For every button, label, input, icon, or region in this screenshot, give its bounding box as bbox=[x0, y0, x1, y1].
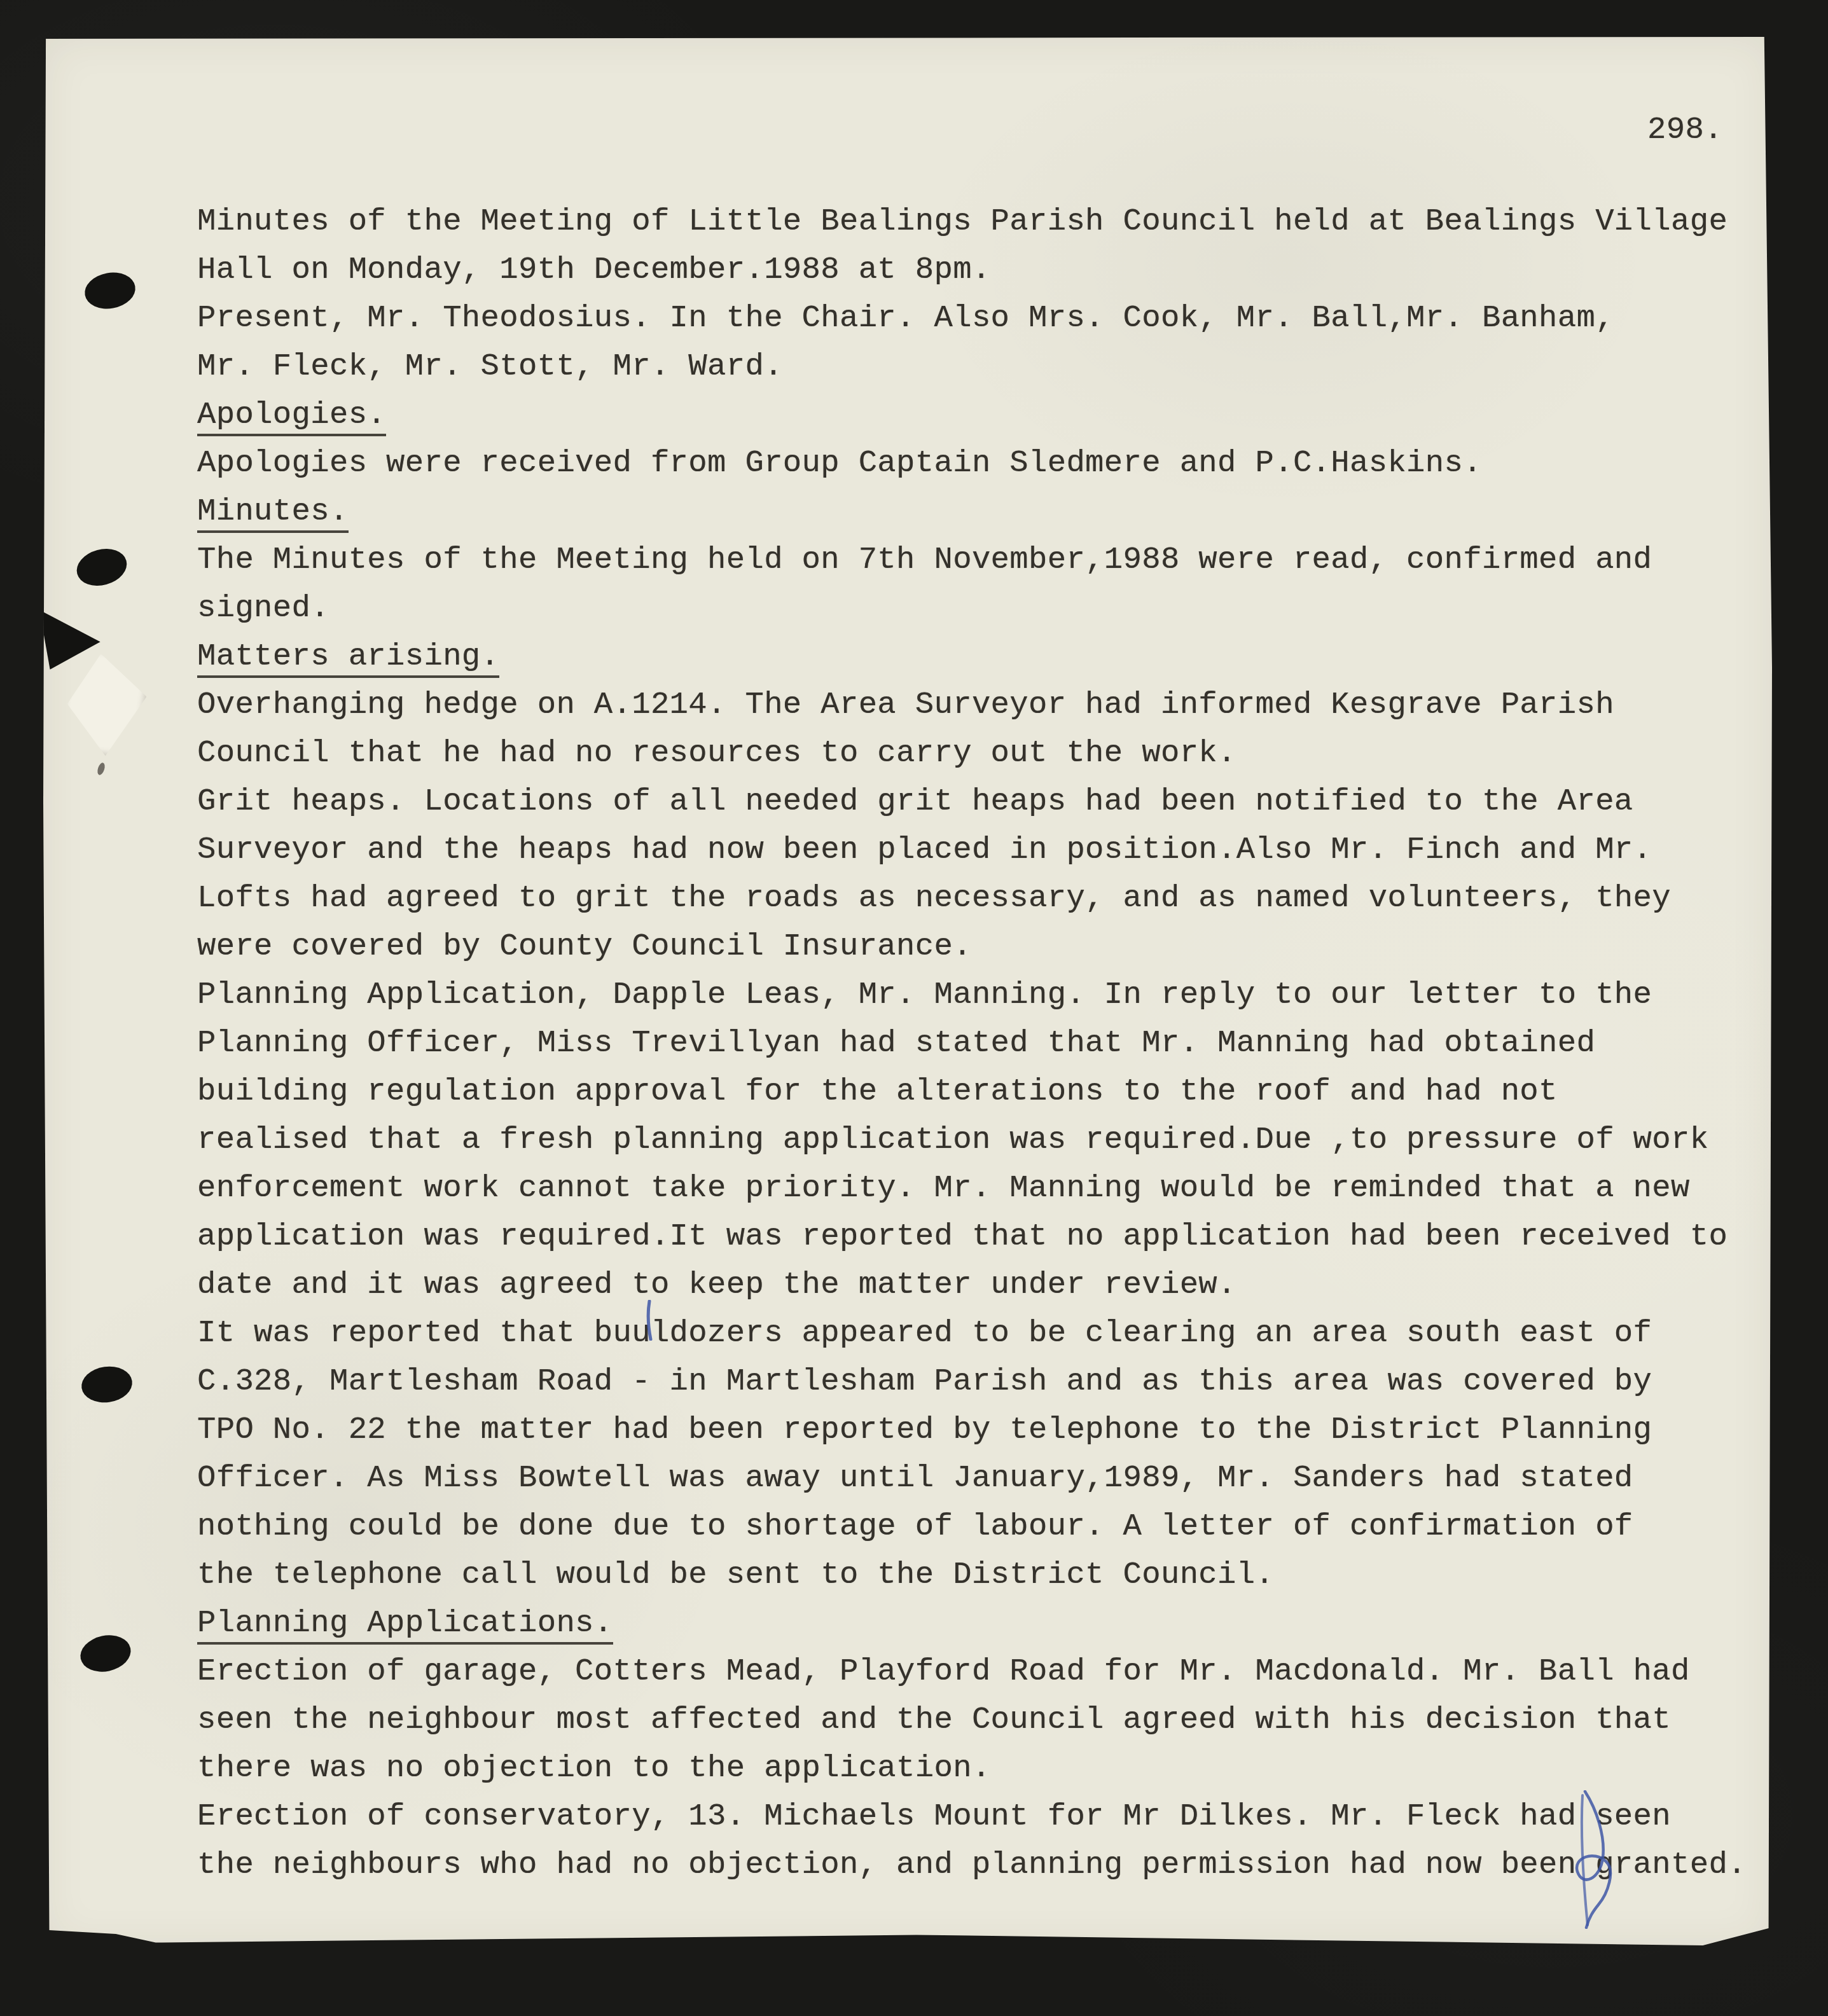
section-heading: Minutes. bbox=[197, 487, 1768, 535]
text-line: Erection of conservatory, 13. Michaels M… bbox=[197, 1792, 1768, 1840]
text-line: The Minutes of the Meeting held on 7th N… bbox=[197, 535, 1768, 584]
text-line: enforcement work cannot take priority. M… bbox=[197, 1164, 1768, 1212]
text-line: signed. bbox=[197, 584, 1768, 632]
punch-hole bbox=[79, 1364, 134, 1406]
section-heading: Matters arising. bbox=[197, 632, 1768, 680]
text-line: building regulation approval for the alt… bbox=[197, 1067, 1768, 1115]
punch-hole bbox=[77, 1631, 134, 1676]
pen-tick-mark bbox=[642, 1300, 656, 1341]
section-heading-text: Planning Applications. bbox=[197, 1605, 613, 1645]
text-line: realised that a fresh planning applicati… bbox=[197, 1115, 1768, 1164]
scanner-backdrop: 298. Minutes of the Meeting of Little Be… bbox=[0, 0, 1828, 2016]
text-line: Present, Mr. Theodosius. In the Chair. A… bbox=[197, 294, 1768, 342]
ink-speck bbox=[96, 762, 106, 776]
pen-scribble-stroke bbox=[1582, 1795, 1588, 1925]
pen-tick-stroke bbox=[648, 1301, 651, 1339]
text-line: date and it was agreed to keep the matte… bbox=[197, 1260, 1768, 1309]
scan-artifact-character: t bbox=[1773, 1441, 1791, 1474]
text-line: nothing could be done due to shortage of… bbox=[197, 1502, 1768, 1550]
torn-paper-flap bbox=[61, 650, 152, 760]
text-line: Lofts had agreed to grit the roads as ne… bbox=[197, 874, 1768, 922]
scanned-page: 298. Minutes of the Meeting of Little Be… bbox=[43, 37, 1772, 1947]
text-line: were covered by County Council Insurance… bbox=[197, 922, 1768, 970]
text-line: there was no objection to the applicatio… bbox=[197, 1744, 1768, 1792]
punch-hole bbox=[73, 544, 131, 591]
section-heading: Planning Applications. bbox=[197, 1599, 1768, 1647]
text-line: Overhanging hedge on A.1214. The Area Su… bbox=[197, 680, 1768, 729]
text-line: Council that he had no resources to carr… bbox=[197, 729, 1768, 777]
text-line: Officer. As Miss Bowtell was away until … bbox=[197, 1454, 1768, 1502]
text-line: It was reported that buuldozers appeared… bbox=[197, 1309, 1768, 1357]
text-line: Erection of garage, Cotters Mead, Playfo… bbox=[197, 1647, 1768, 1695]
document-lines: Minutes of the Meeting of Little Bealing… bbox=[197, 197, 1768, 1889]
text-line: Minutes of the Meeting of Little Bealing… bbox=[197, 197, 1768, 245]
text-line: TPO No. 22 the matter had been reported … bbox=[197, 1405, 1768, 1454]
text-line: seen the neighbour most affected and the… bbox=[197, 1695, 1768, 1744]
text-line: Planning Application, Dapple Leas, Mr. M… bbox=[197, 970, 1768, 1019]
page-number: 298. bbox=[1647, 106, 1723, 154]
text-line: the telephone call would be sent to the … bbox=[197, 1550, 1768, 1599]
section-heading-text: Matters arising. bbox=[197, 639, 499, 678]
text-line: the neighbours who had no objection, and… bbox=[197, 1840, 1768, 1889]
text-line: C.328, Martlesham Road - in Martlesham P… bbox=[197, 1357, 1768, 1405]
text-line: application was required.It was reported… bbox=[197, 1212, 1768, 1260]
section-heading-text: Minutes. bbox=[197, 494, 349, 533]
text-line: Planning Officer, Miss Trevillyan had st… bbox=[197, 1019, 1768, 1067]
section-heading-text: Apologies. bbox=[197, 397, 386, 436]
punch-hole bbox=[82, 268, 139, 312]
text-line: Mr. Fleck, Mr. Stott, Mr. Ward. bbox=[197, 342, 1768, 390]
text-line: Apologies were received from Group Capta… bbox=[197, 439, 1768, 487]
text-line: Grit heaps. Locations of all needed grit… bbox=[197, 777, 1768, 825]
text-line: Surveyor and the heaps had now been plac… bbox=[197, 825, 1768, 874]
text-line: Hall on Monday, 19th December.1988 at 8p… bbox=[197, 245, 1768, 294]
section-heading: Apologies. bbox=[197, 390, 1768, 439]
pen-scribble bbox=[1546, 1790, 1642, 1929]
